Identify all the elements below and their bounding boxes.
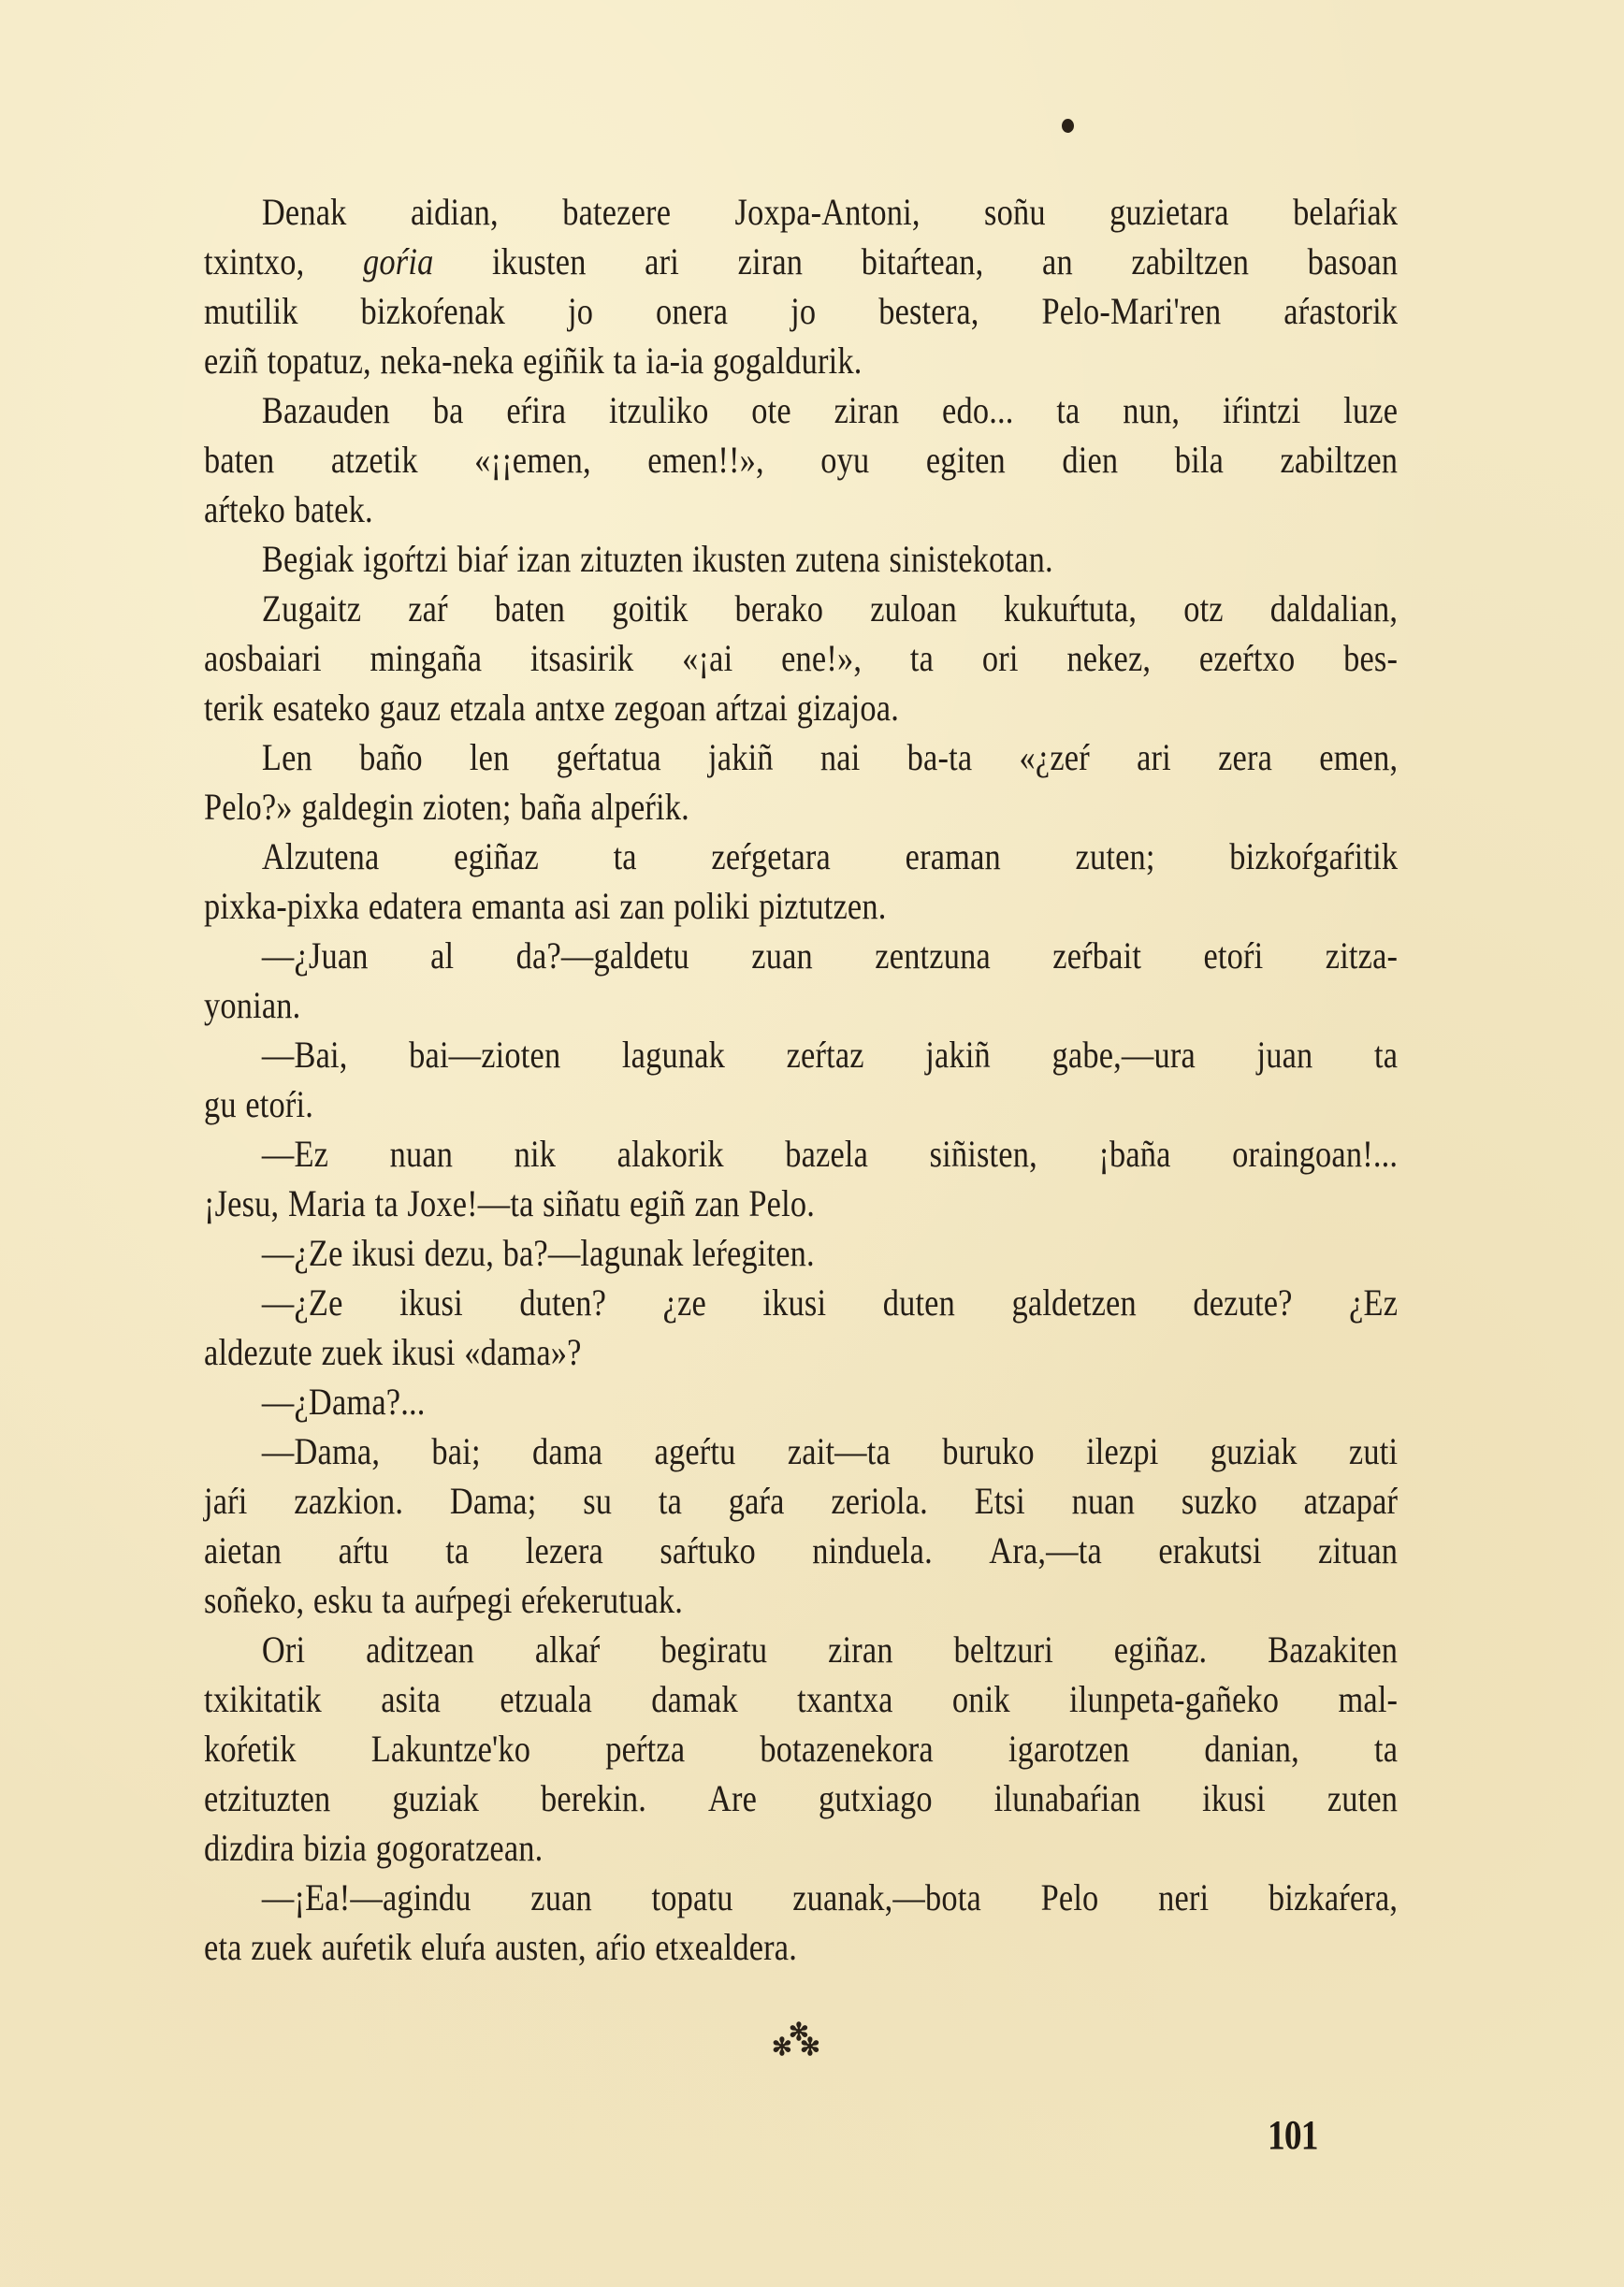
word: zeriola. bbox=[831, 1476, 928, 1526]
word: izan bbox=[516, 534, 571, 584]
word: ilunpeta-gañeko bbox=[1069, 1674, 1279, 1724]
word: ezeŕtxo bbox=[1199, 633, 1295, 683]
word: onera bbox=[656, 286, 728, 336]
text-line: —Dama,bai;damaageŕtuzait—taburukoilezpig… bbox=[204, 1426, 1398, 1476]
word: zeŕtaz bbox=[787, 1030, 864, 1079]
word: txantxa bbox=[797, 1674, 892, 1724]
word: esku bbox=[313, 1575, 373, 1625]
word: eluŕa bbox=[421, 1922, 486, 1972]
word: aldezute bbox=[204, 1327, 312, 1377]
word: ikusten bbox=[692, 534, 787, 584]
word: zuanak,—bota bbox=[792, 1873, 981, 1922]
word: ¿Ez bbox=[1349, 1278, 1398, 1327]
word: Alzutena bbox=[262, 832, 380, 881]
word: peŕtza bbox=[605, 1724, 685, 1773]
word: pixka-pixka bbox=[204, 881, 359, 931]
word: mutilik bbox=[204, 286, 298, 336]
word: aŕtu bbox=[339, 1526, 389, 1575]
text-line: batenatzetik«¡¡emen,emen!!»,oyuegitendie… bbox=[204, 435, 1398, 485]
word: ta bbox=[614, 336, 637, 385]
word: gogaldurik. bbox=[713, 336, 863, 385]
word: duten? bbox=[519, 1278, 606, 1327]
word: aidian, bbox=[411, 187, 499, 237]
text-line: —¿Zeikusiduten?¿zeikusidutengaldetzendez… bbox=[204, 1278, 1398, 1327]
word: austen, bbox=[495, 1922, 587, 1972]
word: saŕtuko bbox=[660, 1526, 755, 1575]
word: topatu bbox=[652, 1873, 733, 1922]
word: «dama»? bbox=[464, 1327, 581, 1377]
word: eŕira bbox=[506, 385, 566, 435]
text-line: Lenbañolengeŕtatuajakiñnaiba-ta«¿zeŕariz… bbox=[204, 732, 1398, 782]
word: zaŕ bbox=[408, 584, 448, 633]
word: nuan bbox=[1072, 1476, 1136, 1526]
word: aŕtzai bbox=[716, 683, 788, 732]
word: nun, bbox=[1123, 385, 1180, 435]
word: ia-ia bbox=[645, 336, 703, 385]
word: ta bbox=[1374, 1724, 1398, 1773]
word: dizdira bbox=[204, 1823, 295, 1873]
word: belaŕiak bbox=[1293, 187, 1398, 237]
word: eziñ bbox=[204, 336, 258, 385]
word: bizkoŕgaŕitik bbox=[1229, 832, 1398, 881]
word: begiratu bbox=[660, 1625, 767, 1674]
word: etxealdera. bbox=[655, 1922, 797, 1972]
word: biaŕ bbox=[457, 534, 508, 584]
word: baño bbox=[359, 732, 423, 782]
word: bai; bbox=[431, 1426, 480, 1476]
word: ta bbox=[659, 1476, 682, 1526]
word: jakiñ bbox=[708, 732, 774, 782]
text-line: guetoŕi. bbox=[204, 1079, 1398, 1129]
text-line: aietanaŕtutalezerasaŕtukoninduela.Ara,—t… bbox=[204, 1526, 1398, 1575]
word: ikusi bbox=[762, 1278, 826, 1327]
word: batezere bbox=[562, 187, 671, 237]
word: mingaña bbox=[370, 633, 482, 683]
asterisk-icon: ✻ bbox=[772, 2035, 792, 2060]
word: topatuz, bbox=[268, 336, 371, 385]
word: zuek bbox=[322, 1327, 384, 1377]
word: alkaŕ bbox=[535, 1625, 601, 1674]
word: ba bbox=[433, 385, 464, 435]
word: emen!!», bbox=[647, 435, 764, 485]
word: jo bbox=[790, 286, 816, 336]
word: aietan bbox=[204, 1526, 282, 1575]
word: etoŕi. bbox=[245, 1079, 313, 1129]
word: gutxiago bbox=[819, 1773, 933, 1823]
word: ba-ta bbox=[907, 732, 973, 782]
word: piztutzen. bbox=[759, 881, 886, 931]
word: itzuliko bbox=[609, 385, 708, 435]
text-line: —Bai,bai—ziotenlagunakzeŕtazjakiñgabe,—u… bbox=[204, 1030, 1398, 1079]
word: buruko bbox=[942, 1426, 1034, 1476]
word: dezute? bbox=[1193, 1278, 1292, 1327]
word: emanta bbox=[471, 881, 565, 931]
word: aosbaiari bbox=[204, 633, 322, 683]
word: eta bbox=[204, 1922, 242, 1972]
word: nai bbox=[820, 732, 861, 782]
word: ori bbox=[982, 633, 1019, 683]
word: gizajoa. bbox=[797, 683, 899, 732]
word: bizkoŕenak bbox=[361, 286, 506, 336]
word: nuan bbox=[390, 1129, 454, 1179]
word: ikusi bbox=[392, 1327, 456, 1377]
word: zabiltzen bbox=[1131, 237, 1249, 286]
word: aŕteko bbox=[204, 485, 285, 534]
word: Maria bbox=[288, 1179, 366, 1228]
word: galdegin bbox=[301, 782, 413, 832]
word: zait—ta bbox=[788, 1426, 891, 1476]
text-line: Zugaitzzaŕbatengoitikberakozuloankukuŕtu… bbox=[204, 584, 1398, 633]
word: ikusi bbox=[352, 1228, 415, 1278]
text-line: Alzutenaegiñaztazeŕgetaraeramanzuten;biz… bbox=[204, 832, 1398, 881]
word: ageŕtu bbox=[655, 1426, 736, 1476]
word: su bbox=[583, 1476, 612, 1526]
word: dien bbox=[1062, 435, 1118, 485]
word: Ori bbox=[262, 1625, 305, 1674]
word: erakutsi bbox=[1158, 1526, 1261, 1575]
text-line: etazuekauŕetikeluŕaausten,aŕioetxealdera… bbox=[204, 1922, 1398, 1972]
word: zioten; bbox=[423, 782, 512, 832]
word: guziak bbox=[392, 1773, 479, 1823]
text-line: koŕetikLakuntze'kopeŕtzabotazenekoraigar… bbox=[204, 1724, 1398, 1773]
ink-dot-mark bbox=[1062, 119, 1074, 133]
word: mal- bbox=[1338, 1674, 1398, 1724]
word: aditzean bbox=[366, 1625, 474, 1674]
word: —¿Dama?... bbox=[262, 1377, 426, 1426]
text-line: —¿Zeikusidezu,ba?—lagunakleŕegiten. bbox=[204, 1228, 1398, 1278]
word: onik bbox=[952, 1674, 1010, 1724]
word: bizia bbox=[303, 1823, 367, 1873]
text-line: mutilikbizkoŕenakjoonerajobestera,Pelo-M… bbox=[204, 286, 1398, 336]
word: zituan bbox=[1318, 1526, 1398, 1575]
word: zuten bbox=[1327, 1773, 1398, 1823]
word: etzala bbox=[450, 683, 526, 732]
word: ziran bbox=[738, 237, 804, 286]
word: ilunabaŕian bbox=[994, 1773, 1141, 1823]
text-line: pixka-pixkaedateraemantaasizanpolikipizt… bbox=[204, 881, 1398, 931]
word: Pelo-Mari'ren bbox=[1042, 286, 1222, 336]
word: atzapaŕ bbox=[1304, 1476, 1398, 1526]
word: aŕastorik bbox=[1283, 286, 1398, 336]
text-line: etzituztenguziakberekin.Aregutxiagoiluna… bbox=[204, 1773, 1398, 1823]
word: zan bbox=[619, 881, 664, 931]
word: asita bbox=[381, 1674, 441, 1724]
word: etoŕi bbox=[1203, 931, 1263, 980]
word: ta bbox=[445, 1526, 469, 1575]
text-line: ¡Jesu,MariataJoxe!—tasiñatuegiñzanPelo. bbox=[204, 1179, 1398, 1228]
word: poliki bbox=[674, 881, 749, 931]
word: Begiak bbox=[262, 534, 354, 584]
word: egiñaz bbox=[454, 832, 539, 881]
word: luze bbox=[1343, 385, 1398, 435]
word: Bazauden bbox=[262, 385, 390, 435]
word: duten bbox=[883, 1278, 955, 1327]
word: terik bbox=[204, 683, 264, 732]
word: lagunak bbox=[622, 1030, 725, 1079]
word: egiñik bbox=[523, 336, 604, 385]
word: —¡Ea!—agindu bbox=[262, 1873, 471, 1922]
word: basoan bbox=[1308, 237, 1399, 286]
word: siñatu bbox=[543, 1179, 620, 1228]
text-line: —Eznuannikalakorikbazelasiñisten,¡bañaor… bbox=[204, 1129, 1398, 1179]
word: ta bbox=[382, 1575, 405, 1625]
text-line: eziñtopatuz,neka-nekaegiñiktaia-iagogald… bbox=[204, 336, 1398, 385]
word: siñisten, bbox=[930, 1129, 1037, 1179]
word: Ara,—ta bbox=[989, 1526, 1102, 1575]
word: ene!», bbox=[781, 633, 862, 683]
word: —Ez bbox=[262, 1129, 328, 1179]
word: gauz bbox=[380, 683, 442, 732]
word: zera bbox=[1218, 732, 1272, 782]
word: alpeŕik. bbox=[590, 782, 689, 832]
word: jakiñ bbox=[925, 1030, 991, 1079]
word: oyu bbox=[820, 435, 869, 485]
word: jo bbox=[568, 286, 593, 336]
text-line: Bazaudenbaeŕiraitzulikooteziranedo...tan… bbox=[204, 385, 1398, 435]
word: guzietara bbox=[1109, 187, 1229, 237]
word: bai—zioten bbox=[409, 1030, 560, 1079]
word: asi bbox=[574, 881, 611, 931]
word: etzituzten bbox=[204, 1773, 330, 1823]
word: nik bbox=[515, 1129, 556, 1179]
word: ninduela. bbox=[812, 1526, 933, 1575]
word: esateko bbox=[273, 683, 370, 732]
word: «¡¡emen, bbox=[474, 435, 591, 485]
word: «¡ai bbox=[682, 633, 732, 683]
word: guziak bbox=[1211, 1426, 1298, 1476]
word: Pelo?» bbox=[204, 782, 293, 832]
word: ari bbox=[1137, 732, 1171, 782]
word: da?—galdetu bbox=[516, 931, 689, 980]
text-line: terikesatekogauzetzalaantxezegoanaŕtzaig… bbox=[204, 683, 1398, 732]
text-line: yonian. bbox=[204, 980, 1398, 1030]
word: egiñaz. bbox=[1114, 1625, 1208, 1674]
word: zuan bbox=[530, 1873, 592, 1922]
word: gabe,—ura bbox=[1052, 1030, 1196, 1079]
word: atzetik bbox=[331, 435, 418, 485]
text-line: —¿Dama?... bbox=[204, 1377, 1398, 1426]
word: bestera, bbox=[878, 286, 979, 336]
word: ikusi bbox=[1202, 1773, 1266, 1823]
text-line: Oriaditzeanalkaŕbegiratuziranbeltzuriegi… bbox=[204, 1625, 1398, 1674]
word: botazenekora bbox=[760, 1724, 933, 1773]
word: soñu bbox=[984, 187, 1046, 237]
word: galdetzen bbox=[1012, 1278, 1137, 1327]
word: auŕpegi bbox=[414, 1575, 512, 1625]
word: —¿Juan bbox=[262, 931, 369, 980]
word: edo... bbox=[942, 385, 1014, 435]
word: egiten bbox=[926, 435, 1006, 485]
page-number: 101 bbox=[1268, 2111, 1318, 2159]
word: juan bbox=[1256, 1030, 1312, 1079]
word: ziran bbox=[828, 1625, 893, 1674]
word: gaŕa bbox=[729, 1476, 785, 1526]
word: Len bbox=[262, 732, 312, 782]
word: egiñ bbox=[630, 1179, 686, 1228]
word: auŕetik bbox=[321, 1922, 412, 1972]
word: zazkion. bbox=[294, 1476, 403, 1526]
word: al bbox=[430, 931, 454, 980]
text-line: soñeko,eskutaauŕpegieŕekerutuak. bbox=[204, 1575, 1398, 1625]
word: Joxe!—ta bbox=[407, 1179, 533, 1228]
word: zituzten bbox=[580, 534, 683, 584]
word: bazela bbox=[785, 1129, 868, 1179]
word: otz bbox=[1183, 584, 1224, 633]
word: Pelo. bbox=[748, 1179, 815, 1228]
word: zuan bbox=[751, 931, 813, 980]
word: Are bbox=[708, 1773, 757, 1823]
word: zitza- bbox=[1326, 931, 1398, 980]
word: jaŕi bbox=[204, 1476, 248, 1526]
word: ziran bbox=[834, 385, 900, 435]
word: txintxo, bbox=[204, 237, 304, 286]
word: geŕtatua bbox=[557, 732, 661, 782]
word: ta bbox=[614, 832, 637, 881]
word: baten bbox=[495, 584, 565, 633]
word: batek. bbox=[295, 485, 373, 534]
text-line: —¡Ea!—aginduzuantopatuzuanak,—botaPelone… bbox=[204, 1873, 1398, 1922]
word: lezera bbox=[526, 1526, 603, 1575]
word: Etsi bbox=[975, 1476, 1025, 1526]
word: ote bbox=[751, 385, 791, 435]
word: Dama; bbox=[450, 1476, 537, 1526]
word: antxe bbox=[535, 683, 605, 732]
word: danian, bbox=[1204, 1724, 1299, 1773]
text-line: txintxo,goŕiaikustenariziranbitaŕtean,an… bbox=[204, 237, 1398, 286]
word: Pelo bbox=[1041, 1873, 1099, 1922]
text-line: dizdirabiziagogoratzean. bbox=[204, 1823, 1398, 1873]
word: daldalian, bbox=[1270, 584, 1398, 633]
word: sinistekotan. bbox=[890, 534, 1053, 584]
word: zuek bbox=[251, 1922, 312, 1972]
word: edatera bbox=[369, 881, 462, 931]
word: suzko bbox=[1182, 1476, 1257, 1526]
word: «¿zeŕ bbox=[1020, 732, 1090, 782]
word: —¿Ze bbox=[262, 1278, 343, 1327]
word: ta bbox=[1056, 385, 1080, 435]
word: ¿ze bbox=[663, 1278, 706, 1327]
word: ¡baña bbox=[1098, 1129, 1170, 1179]
word: an bbox=[1042, 237, 1073, 286]
word: bila bbox=[1175, 435, 1224, 485]
word: alakorik bbox=[617, 1129, 724, 1179]
word: itsasirik bbox=[530, 633, 633, 683]
word: bes- bbox=[1343, 633, 1398, 683]
text-line: txikitatikasitaetzualadamaktxantxaonikil… bbox=[204, 1674, 1398, 1724]
word: txikitatik bbox=[204, 1674, 322, 1724]
word: zeŕgetara bbox=[711, 832, 831, 881]
word: eŕekerutuak. bbox=[521, 1575, 683, 1625]
word: baña bbox=[520, 782, 582, 832]
word: ilezpi bbox=[1086, 1426, 1158, 1476]
word: emen, bbox=[1319, 732, 1398, 782]
word: zabiltzen bbox=[1280, 435, 1398, 485]
word: ikusi bbox=[399, 1278, 463, 1327]
word: zutena bbox=[795, 534, 880, 584]
text-line: aŕtekobatek. bbox=[204, 485, 1398, 534]
word: zuloan bbox=[870, 584, 957, 633]
word: ikusten bbox=[492, 237, 587, 286]
word: —¿Ze bbox=[262, 1228, 343, 1278]
word: ari bbox=[645, 237, 679, 286]
text-line: aosbaiarimingañaitsasirik«¡aiene!»,taori… bbox=[204, 633, 1398, 683]
word: etzuala bbox=[500, 1674, 592, 1724]
word: Denak bbox=[262, 187, 347, 237]
word: —Dama, bbox=[262, 1426, 380, 1476]
word: bizkaŕera, bbox=[1269, 1873, 1398, 1922]
section-separator-asterism: ✻ ✻ ✻ bbox=[772, 2020, 819, 2062]
word: kukuŕtuta, bbox=[1004, 584, 1137, 633]
word: len bbox=[470, 732, 510, 782]
word: Bazakiten bbox=[1268, 1625, 1398, 1674]
word: zegoan bbox=[615, 683, 706, 732]
word: ta bbox=[375, 1179, 399, 1228]
text-line: —¿Juanalda?—galdetuzuanzentzunazeŕbaitet… bbox=[204, 931, 1398, 980]
word: koŕetik bbox=[204, 1724, 297, 1773]
word: goŕia bbox=[363, 237, 433, 286]
word: baten bbox=[204, 435, 274, 485]
word: beltzuri bbox=[953, 1625, 1052, 1674]
word: dezu, bbox=[425, 1228, 494, 1278]
word: damak bbox=[651, 1674, 738, 1724]
word: goitik bbox=[612, 584, 688, 633]
text-line: Begiakigoŕtzibiaŕizanzituztenikustenzute… bbox=[204, 534, 1398, 584]
asterisk-icon: ✻ bbox=[800, 2035, 820, 2060]
word: igarotzen bbox=[1008, 1724, 1130, 1773]
word: zeŕbait bbox=[1052, 931, 1141, 980]
word: Lakuntze'ko bbox=[371, 1724, 530, 1773]
text-line: aldezutezuekikusi«dama»? bbox=[204, 1327, 1398, 1377]
word: nekez, bbox=[1066, 633, 1151, 683]
word: bitaŕtean, bbox=[862, 237, 984, 286]
word: zuten; bbox=[1076, 832, 1155, 881]
word: iŕintzi bbox=[1223, 385, 1300, 435]
word: gu bbox=[204, 1079, 237, 1129]
word: oraingoan!... bbox=[1232, 1129, 1398, 1179]
word: leŕegiten. bbox=[692, 1228, 815, 1278]
word: gogoratzean. bbox=[376, 1823, 544, 1873]
word: ¡Jesu, bbox=[204, 1179, 279, 1228]
word: Zugaitz bbox=[262, 584, 361, 633]
word: igoŕtzi bbox=[363, 534, 448, 584]
word: eraman bbox=[906, 832, 1001, 881]
word: dama bbox=[532, 1426, 602, 1476]
word: berekin. bbox=[541, 1773, 646, 1823]
word: —Bai, bbox=[262, 1030, 348, 1079]
word: zentzuna bbox=[875, 931, 991, 980]
body-text: Denakaidian,batezereJoxpa-Antoni,soñuguz… bbox=[204, 187, 1398, 1972]
word: neka-neka bbox=[380, 336, 514, 385]
word: Joxpa-Antoni, bbox=[735, 187, 921, 237]
word: yonian. bbox=[204, 980, 300, 1030]
word: ta bbox=[910, 633, 934, 683]
word: ta bbox=[1374, 1030, 1398, 1079]
book-page: Denakaidian,batezereJoxpa-Antoni,soñuguz… bbox=[0, 0, 1624, 2287]
word: ba?—lagunak bbox=[503, 1228, 684, 1278]
word: neri bbox=[1158, 1873, 1209, 1922]
word: berako bbox=[735, 584, 824, 633]
word: aŕio bbox=[595, 1922, 645, 1972]
text-line: Denakaidian,batezereJoxpa-Antoni,soñuguz… bbox=[204, 187, 1398, 237]
word: soñeko, bbox=[204, 1575, 304, 1625]
word: zan bbox=[694, 1179, 739, 1228]
text-line: Pelo?»galdeginzioten;bañaalpeŕik. bbox=[204, 782, 1398, 832]
word: zuti bbox=[1349, 1426, 1398, 1476]
text-line: jaŕizazkion.Dama;sutagaŕazeriola.Etsinua… bbox=[204, 1476, 1398, 1526]
